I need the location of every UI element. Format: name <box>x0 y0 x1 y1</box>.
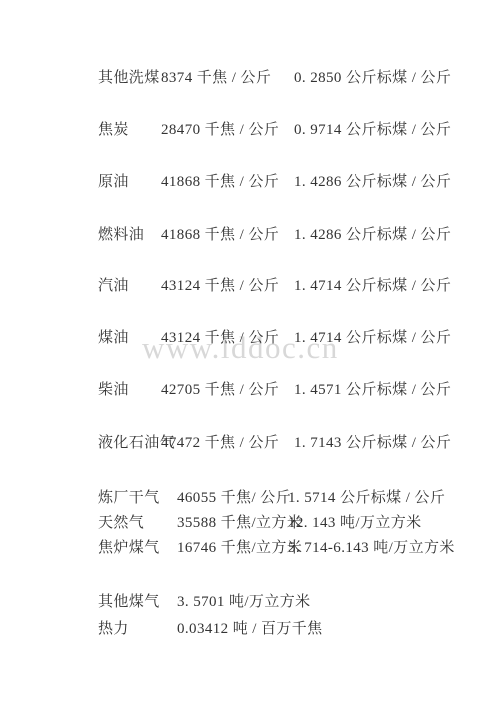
coal-equivalent: 1. 5714 公斤标煤 / 公斤 <box>288 486 445 507</box>
fuel-name: 柴油 <box>98 378 129 399</box>
heat-value: 42705 千焦 / 公斤 <box>161 378 279 399</box>
heat-value: 28470 千焦 / 公斤 <box>161 118 279 139</box>
table-row: 柴油 42705 千焦 / 公斤 1. 4571 公斤标煤 / 公斤 <box>0 378 500 396</box>
table-row: 燃料油 41868 千焦 / 公斤 1. 4286 公斤标煤 / 公斤 <box>0 223 500 241</box>
fuel-name: 炼厂干气 <box>98 486 160 507</box>
table-row: 原油 41868 千焦 / 公斤 1. 4286 公斤标煤 / 公斤 <box>0 170 500 188</box>
fuel-name: 原油 <box>98 170 129 191</box>
coal-equivalent: 1. 7143 公斤标煤 / 公斤 <box>294 431 451 452</box>
heat-value: 8374 千焦 / 公斤 <box>161 66 271 87</box>
coal-equivalent: 1. 4714 公斤标煤 / 公斤 <box>294 326 451 347</box>
fuel-name: 煤油 <box>98 326 129 347</box>
fuel-name: 其他煤气 <box>98 590 160 611</box>
fuel-name: 其他洗煤 <box>98 66 160 87</box>
fuel-name: 热力 <box>98 617 129 638</box>
coal-equivalent: 0. 9714 公斤标煤 / 公斤 <box>294 118 451 139</box>
coal-equivalent: 3. 5701 吨/万立方米 <box>177 590 311 611</box>
fuel-name: 天然气 <box>98 511 144 532</box>
fuel-name: 焦炭 <box>98 118 129 139</box>
table-row: 热力 0.03412 吨 / 百万千焦 <box>0 617 500 635</box>
coal-equivalent: 0.03412 吨 / 百万千焦 <box>177 617 323 638</box>
table-row: 其他煤气 3. 5701 吨/万立方米 <box>0 590 500 608</box>
table-row: 汽油 43124 千焦 / 公斤 1. 4714 公斤标煤 / 公斤 <box>0 274 500 292</box>
coal-equivalent: 1. 4571 公斤标煤 / 公斤 <box>294 378 451 399</box>
table-row: 其他洗煤 8374 千焦 / 公斤 0. 2850 公斤标煤 / 公斤 <box>0 66 500 84</box>
document-page: www.lddoc.cn 其他洗煤 8374 千焦 / 公斤 0. 2850 公… <box>0 0 500 708</box>
coal-equivalent: 0. 2850 公斤标煤 / 公斤 <box>294 66 451 87</box>
table-row: 煤油 43124 千焦 / 公斤 1. 4714 公斤标煤 / 公斤 <box>0 326 500 344</box>
table-row: 炼厂干气 46055 千焦/ 公斤 1. 5714 公斤标煤 / 公斤 <box>0 486 500 504</box>
fuel-name: 汽油 <box>98 274 129 295</box>
heat-value: 47472 千焦 / 公斤 <box>161 431 279 452</box>
coal-equivalent: 1. 4286 公斤标煤 / 公斤 <box>294 223 451 244</box>
coal-equivalent: 1. 4714 公斤标煤 / 公斤 <box>294 274 451 295</box>
heat-value: 46055 千焦/ 公斤 <box>177 486 291 507</box>
fuel-name: 焦炉煤气 <box>98 536 160 557</box>
table-row: 焦炭 28470 千焦 / 公斤 0. 9714 公斤标煤 / 公斤 <box>0 118 500 136</box>
heat-value: 43124 千焦 / 公斤 <box>161 326 279 347</box>
heat-value: 16746 千焦/立方米 <box>177 536 302 557</box>
heat-value: 35588 千焦/立方米 <box>177 511 302 532</box>
table-row: 天然气 35588 千焦/立方米 12. 143 吨/万立方米 <box>0 511 500 529</box>
coal-equivalent: 1. 4286 公斤标煤 / 公斤 <box>294 170 451 191</box>
table-row: 焦炉煤气 16746 千焦/立方米 5. 714-6.143 吨/万立方米 <box>0 536 500 554</box>
coal-equivalent: 5. 714-6.143 吨/万立方米 <box>288 536 455 557</box>
coal-equivalent: 12. 143 吨/万立方米 <box>288 511 422 532</box>
heat-value: 41868 千焦 / 公斤 <box>161 223 279 244</box>
table-row: 液化石油气 47472 千焦 / 公斤 1. 7143 公斤标煤 / 公斤 <box>0 431 500 449</box>
fuel-name: 燃料油 <box>98 223 144 244</box>
heat-value: 41868 千焦 / 公斤 <box>161 170 279 191</box>
heat-value: 43124 千焦 / 公斤 <box>161 274 279 295</box>
